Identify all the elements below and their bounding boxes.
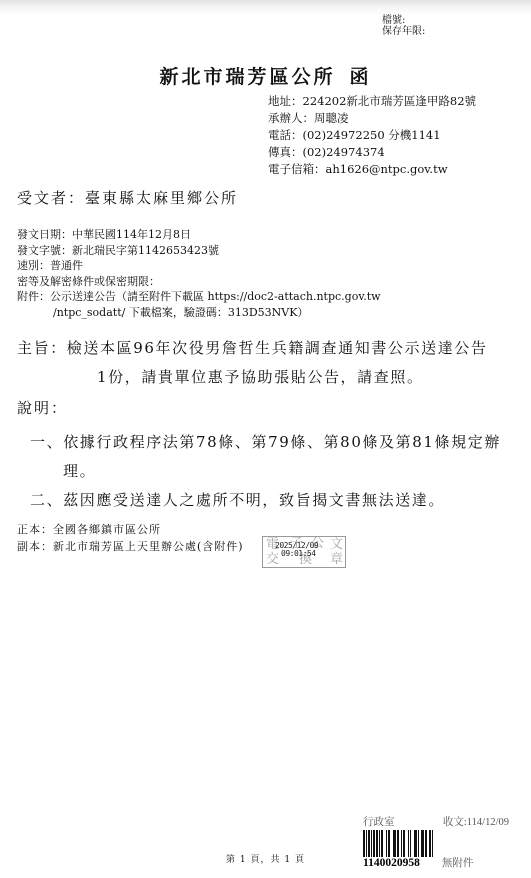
delivery-speed: 速別：普通件 [17, 258, 381, 274]
archive-block: 檔號: 保存年限: [382, 15, 425, 37]
barcode-bar [433, 830, 435, 857]
attachment-status: 無附件 [442, 857, 474, 870]
subject-line-1: 主旨：檢送本區96年次役男詹哲生兵籍調查通知書公示送達公告 [17, 334, 488, 363]
file-number-label: 檔號: [382, 15, 425, 26]
seal-time: 09:01:54 [275, 550, 318, 558]
receipt-label: 行政室 收文:114/12/09 1140020958 無附件 [363, 817, 509, 870]
classification: 密等及解密條件或保密期限： [17, 274, 381, 290]
issue-date: 發文日期：中華民國114年12月8日 [17, 227, 381, 243]
issuing-agency: 新北市瑞芳區公所 [159, 66, 335, 88]
cc-recipients: 副本：新北市瑞芳區上天里辦公處(含附件) [17, 538, 244, 555]
sender-fax: 傳真：(02)24974374 [268, 144, 476, 161]
received-date: 收文:114/12/09 [443, 817, 509, 829]
document-meta: 發文日期：中華民國114年12月8日 發文字號：新北瑞民字第1142653423… [17, 227, 381, 320]
barcode [363, 830, 509, 857]
original-recipients: 正本：全國各鄉鎮市區公所 [17, 521, 244, 538]
subject: 主旨：檢送本區96年次役男詹哲生兵籍調查通知書公示送達公告 1份，請貴單位惠予協… [17, 334, 488, 392]
document-type: 函 [350, 66, 372, 88]
retention-period-label: 保存年限: [382, 26, 425, 37]
attachment-line-1: 附件：公示送達公告（請至附件下載區 https://doc2-attach.nt… [17, 289, 381, 305]
sender-email: 電子信箱：ah1626@ntpc.gov.tw [268, 161, 476, 178]
attachment-line-2: /ntpc_sodatt/ 下載檔案，驗證碼：313D53NVK） [17, 305, 381, 321]
recipient: 受文者：臺東縣太麻里鄉公所 [17, 187, 238, 208]
receiving-unit: 行政室 [363, 817, 395, 829]
explanation-list: 一、依據行政程序法第78條、第79條、第80條及第81條規定辦 理。 二、茲因應… [30, 428, 501, 515]
sender-address: 地址：224202新北市瑞芳區逢甲路82號 [268, 93, 476, 110]
subject-line-2: 1份，請貴單位惠予協助張貼公告，請查照。 [17, 363, 488, 392]
sender-info: 地址：224202新北市瑞芳區逢甲路82號 承辦人：周聰凌 電話：(02)249… [268, 93, 476, 178]
viewer-top-shadow [0, 0, 531, 16]
sender-contact-person: 承辦人：周聰凌 [268, 110, 476, 127]
sender-phone: 電話：(02)24972250 分機1141 [268, 127, 476, 144]
explanation-label: 說明： [17, 397, 68, 418]
seal-char: 文 [330, 538, 343, 551]
electronic-exchange-seal: 電 子 公 文 交 換 章 2025/12/09 09:01:54 [262, 536, 346, 568]
document-title: 新北市瑞芳區公所函 [0, 62, 531, 89]
seal-char: 章 [330, 553, 343, 566]
explanation-item-1-line-2: 理。 [30, 457, 501, 486]
receipt-code: 1140020958 [363, 857, 420, 870]
document-number: 發文字號：新北瑞民字第1142653423號 [17, 243, 381, 259]
explanation-item-1-line-1: 一、依據行政程序法第78條、第79條、第80條及第81條規定辦 [30, 428, 501, 457]
explanation-item-2-line-1: 二、茲因應受送達人之處所不明，致旨揭文書無法送達。 [30, 486, 501, 515]
distribution-list: 正本：全國各鄉鎮市區公所 副本：新北市瑞芳區上天里辦公處(含附件) [17, 521, 244, 555]
seal-timestamp: 2025/12/09 09:01:54 [275, 542, 318, 558]
